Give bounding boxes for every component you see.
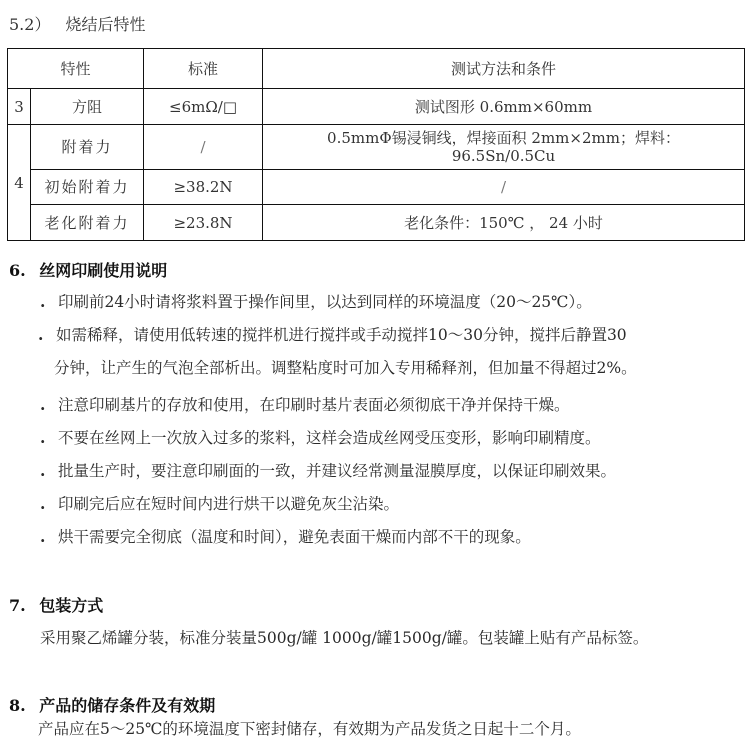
bullet-dot: . — [40, 461, 58, 480]
list-item-text: 如需稀释，请使用低转速的搅拌机进行搅拌或手动搅拌10～30分钟，搅拌后静置30 — [56, 326, 627, 344]
section-6-heading: 6. 丝网印刷使用说明 — [9, 258, 167, 281]
bullet-dot: . — [40, 395, 58, 414]
list-item: .印刷完后应在短时间内进行烘干以避免灰尘沾染。 — [40, 492, 399, 514]
bullet-dot: . — [40, 494, 58, 513]
list-item-continuation: 分钟，让产生的气泡全部析出。调整粘度时可加入专用稀释剂，但加量不得超过2%。 — [54, 356, 637, 378]
list-item-text: 烘干需要完全彻底（温度和时间），避免表面干燥而内部不干的现象。 — [58, 528, 531, 546]
bullet-dot: . — [40, 292, 58, 311]
section-7-number: 7. — [9, 596, 26, 615]
row-standard: ≥38.2N — [144, 170, 263, 205]
row-standard: ≤6mΩ/□ — [144, 89, 263, 125]
section-6-title: 丝网印刷使用说明 — [39, 261, 167, 280]
section-7-title: 包装方式 — [39, 596, 103, 615]
section-8-heading: 8. 产品的储存条件及有效期 — [9, 693, 215, 716]
subsection-title: 烧结后特性 — [66, 15, 146, 34]
header-method: 测试方法和条件 — [263, 49, 745, 89]
list-item: .注意印刷基片的存放和使用，在印刷时基片表面必须彻底干净并保持干燥。 — [40, 393, 570, 415]
row-index: 4 — [8, 125, 31, 241]
table-row: 初始附着力 ≥38.2N / — [8, 170, 745, 205]
table-row: 老化附着力 ≥23.8N 老化条件：150℃ ， 24 小时 — [8, 205, 745, 241]
header-property: 特性 — [8, 49, 144, 89]
row-property: 附着力 — [31, 125, 144, 170]
row-standard: ≥23.8N — [144, 205, 263, 241]
table-row: 4 附着力 / 0.5mmΦ锡浸铜线，焊接面积 2mm×2mm；焊料： 96.5… — [8, 125, 745, 170]
row-method: / — [263, 170, 745, 205]
sintered-properties-table: 特性 标准 测试方法和条件 3 方阻 ≤6mΩ/□ 测试图形 0.6mm×60m… — [7, 48, 745, 241]
bullet-dot: . — [40, 428, 58, 447]
bullet-dot: . — [38, 325, 56, 344]
section-7-text: 采用聚乙烯罐分装，标准分装量500g/罐 1000g/罐1500g/罐。包装罐上… — [40, 626, 648, 648]
row-property: 老化附着力 — [31, 205, 144, 241]
row-method-line1: 0.5mmΦ锡浸铜线，焊接面积 2mm×2mm；焊料： — [263, 129, 744, 147]
list-item: .印刷前24小时请将浆料置于操作间里，以达到同样的环境温度（20～25℃）。 — [40, 290, 592, 312]
list-item: .批量生产时，要注意印刷面的一致，并建议经常测量湿膜厚度，以保证印刷效果。 — [40, 459, 616, 481]
list-item: .不要在丝网上一次放入过多的浆料，这样会造成丝网受压变形，影响印刷精度。 — [40, 426, 601, 448]
section-7-heading: 7. 包装方式 — [9, 593, 103, 616]
list-item-text: 印刷完后应在短时间内进行烘干以避免灰尘沾染。 — [58, 495, 399, 513]
row-property: 初始附着力 — [31, 170, 144, 205]
header-standard: 标准 — [144, 49, 263, 89]
list-item-text: 批量生产时，要注意印刷面的一致，并建议经常测量湿膜厚度，以保证印刷效果。 — [58, 462, 616, 480]
list-item-text: 不要在丝网上一次放入过多的浆料，这样会造成丝网受压变形，影响印刷精度。 — [58, 429, 601, 447]
section-6-number: 6. — [9, 261, 26, 280]
row-property: 方阻 — [31, 89, 144, 125]
row-method: 0.5mmΦ锡浸铜线，焊接面积 2mm×2mm；焊料： 96.5Sn/0.5Cu — [263, 125, 745, 170]
row-method: 测试图形 0.6mm×60mm — [263, 89, 745, 125]
subsection-heading: 5.2） 烧结后特性 — [9, 12, 146, 35]
table-row: 3 方阻 ≤6mΩ/□ 测试图形 0.6mm×60mm — [8, 89, 745, 125]
list-item-text: 注意印刷基片的存放和使用，在印刷时基片表面必须彻底干净并保持干燥。 — [58, 396, 570, 414]
section-8-number: 8. — [9, 696, 26, 715]
row-standard: / — [144, 125, 263, 170]
row-method: 老化条件：150℃ ， 24 小时 — [263, 205, 745, 241]
list-item-text: 印刷前24小时请将浆料置于操作间里，以达到同样的环境温度（20～25℃）。 — [58, 293, 592, 311]
section-8-text: 产品应在5～25℃的环境温度下密封储存，有效期为产品发货之日起十二个月。 — [38, 717, 581, 739]
section-8-title: 产品的储存条件及有效期 — [39, 696, 215, 715]
row-index: 3 — [8, 89, 31, 125]
list-item-text: 分钟，让产生的气泡全部析出。调整粘度时可加入专用稀释剂，但加量不得超过2%。 — [54, 359, 637, 377]
list-item: .烘干需要完全彻底（温度和时间），避免表面干燥而内部不干的现象。 — [40, 525, 531, 547]
bullet-dot: . — [40, 527, 58, 546]
row-method-line2: 96.5Sn/0.5Cu — [263, 147, 744, 165]
subsection-number: 5.2） — [9, 15, 50, 34]
table-header-row: 特性 标准 测试方法和条件 — [8, 49, 745, 89]
list-item: .如需稀释，请使用低转速的搅拌机进行搅拌或手动搅拌10～30分钟，搅拌后静置30 — [38, 323, 627, 345]
